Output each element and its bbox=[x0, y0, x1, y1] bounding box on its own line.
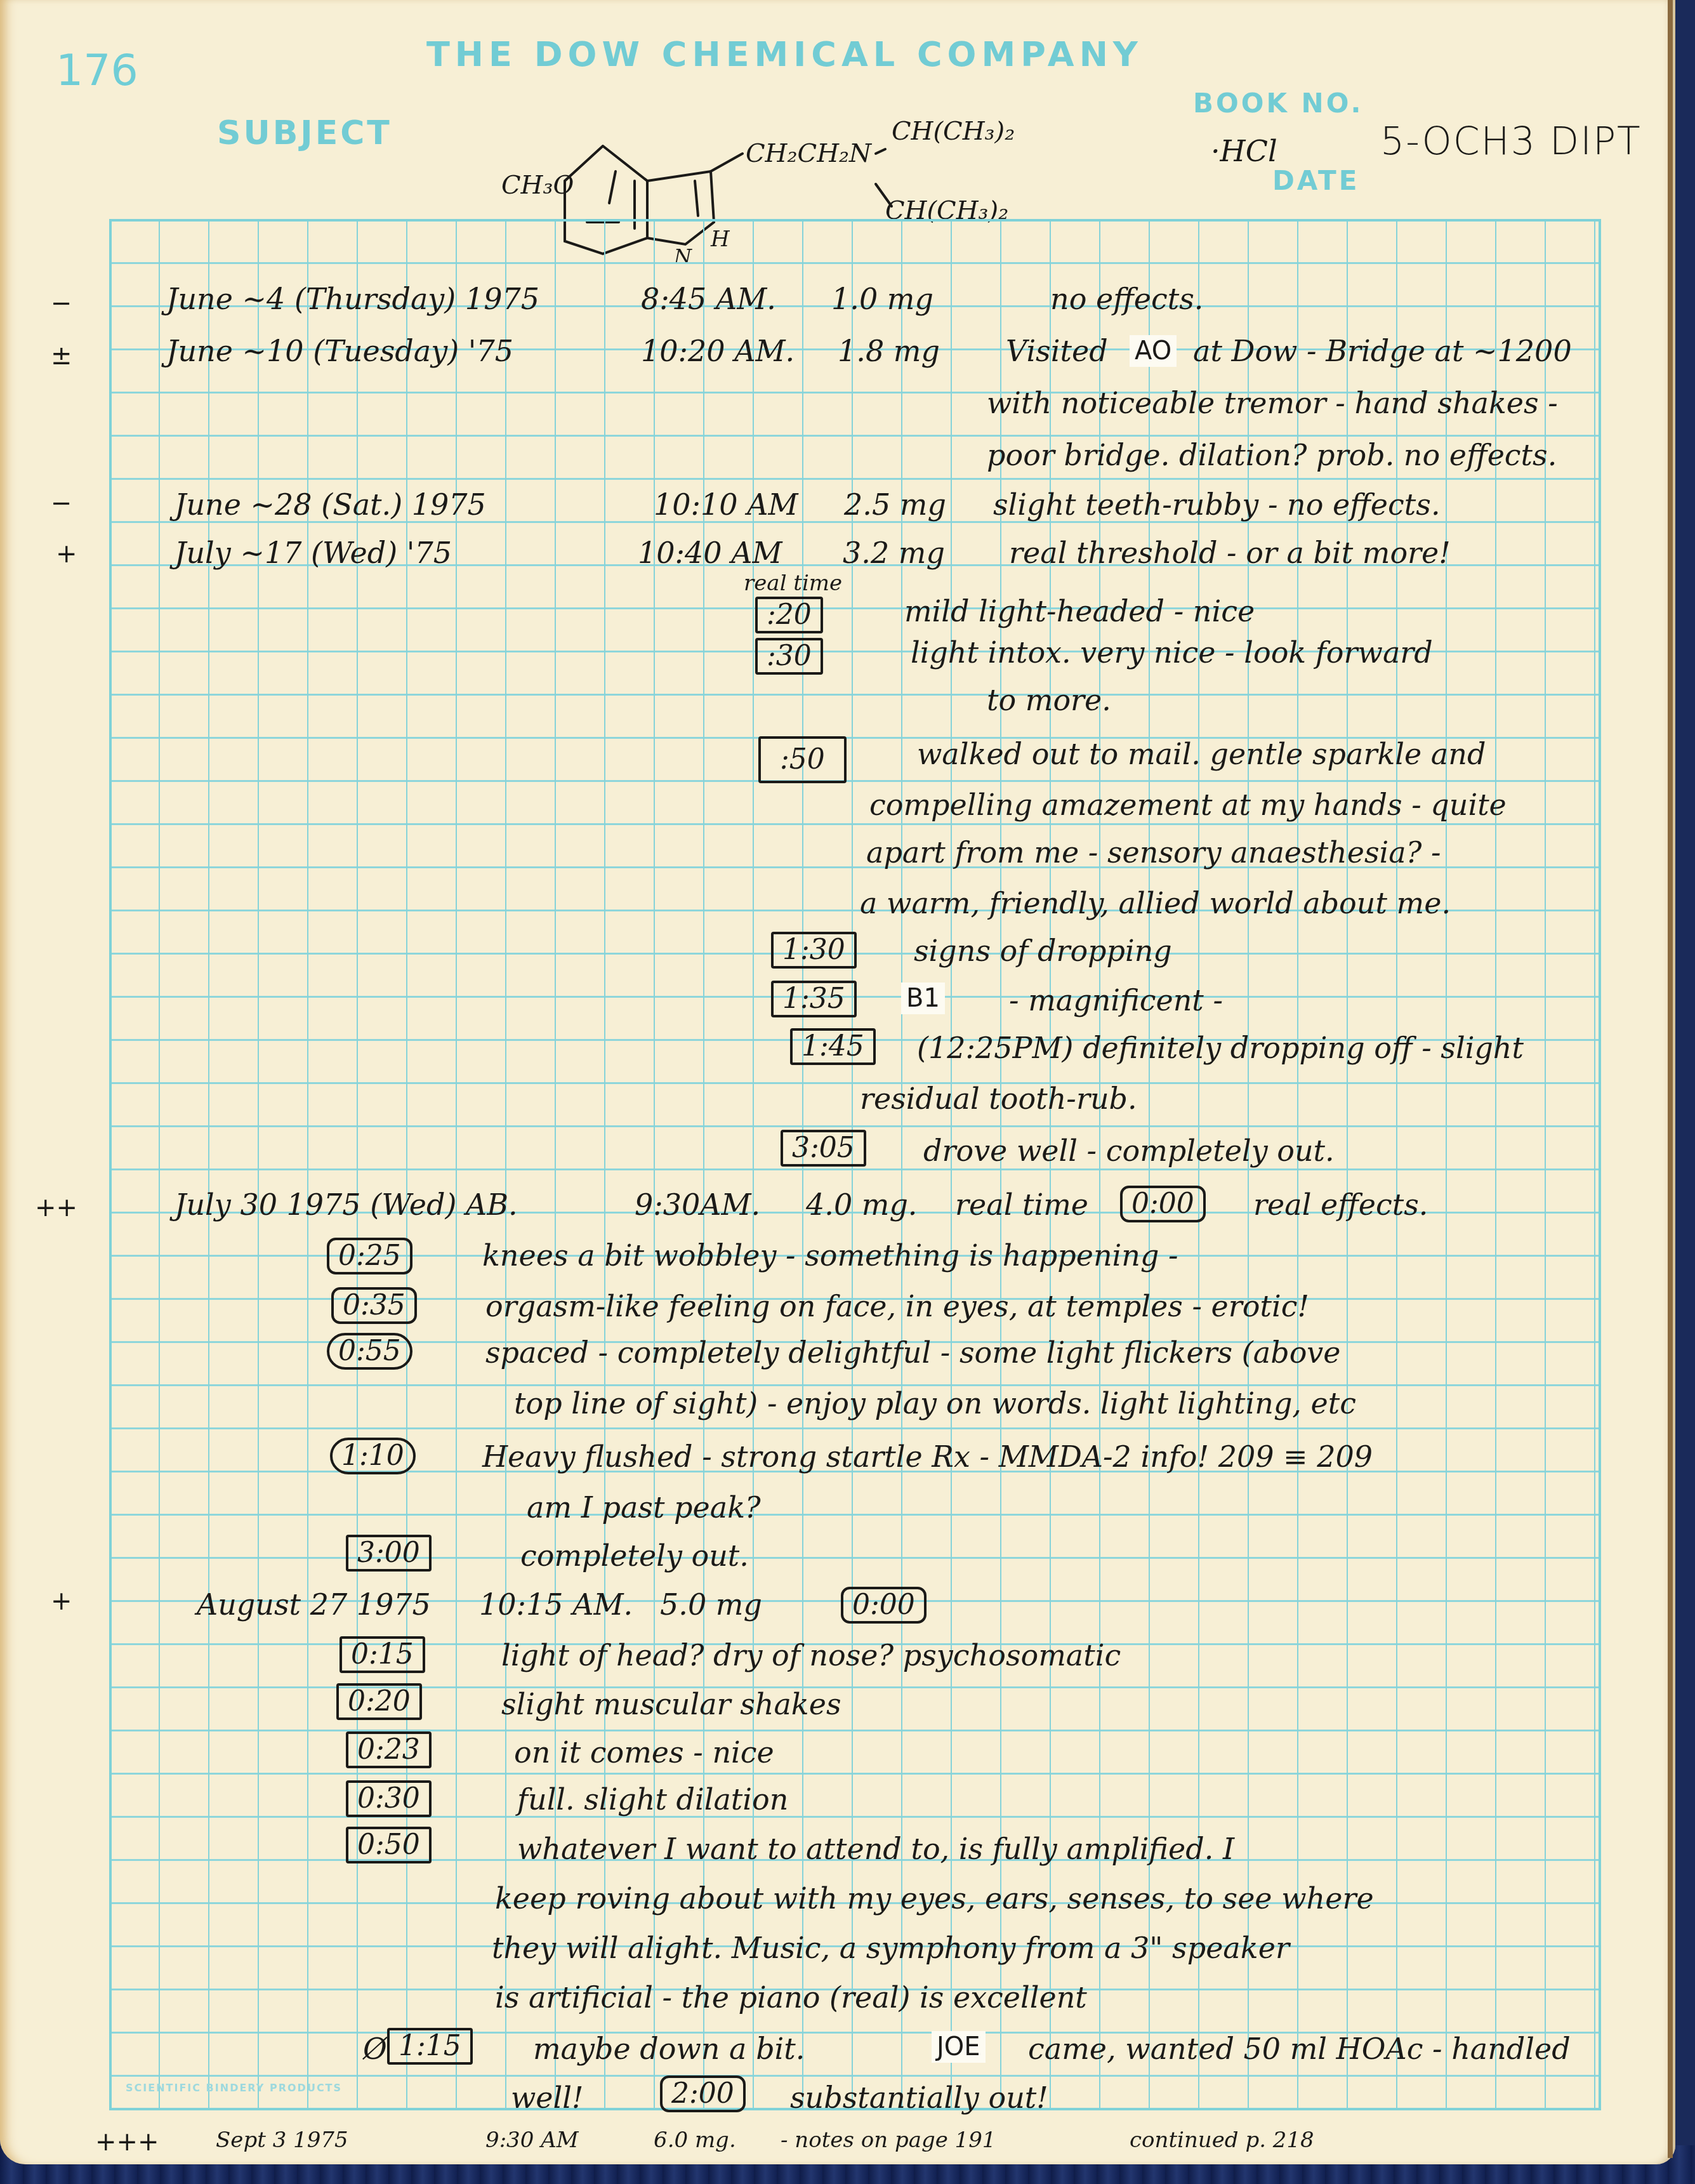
timestamp-box: 3:00 bbox=[346, 1535, 432, 1572]
rating-mark: − bbox=[51, 489, 72, 518]
binder-label: SCIENTIFIC BINDERY PRODUCTS bbox=[126, 2082, 342, 2094]
timestamp-box: :30 bbox=[755, 638, 823, 675]
hcl-salt: ·HCl bbox=[1211, 136, 1277, 166]
entry-date: June ~28 (Sat.) 1975 bbox=[175, 490, 486, 519]
page-number: 176 bbox=[56, 46, 138, 96]
redacted-name: JOE bbox=[932, 2031, 986, 2063]
timestamp-box: 0:55 bbox=[327, 1333, 412, 1370]
timestamp-box: 1:45 bbox=[790, 1028, 876, 1065]
event-note: - magnificent - bbox=[1009, 986, 1223, 1015]
timestamp-box: :20 bbox=[755, 597, 823, 633]
event-note: completely out. bbox=[520, 1541, 749, 1570]
notebook-page: 176 THE DOW CHEMICAL COMPANY SUBJECT BOO… bbox=[0, 0, 1675, 2164]
event-note: Heavy flushed - strong startle Rx - MMDA… bbox=[482, 1442, 1373, 1471]
event-note: on it comes - nice bbox=[514, 1738, 774, 1767]
entry-dose: 2.5 mg bbox=[844, 490, 946, 519]
entry-date: July 30 1975 (Wed) AB. bbox=[175, 1190, 518, 1219]
timestamp-box: 0:35 bbox=[331, 1287, 417, 1324]
event-note: slight muscular shakes bbox=[501, 1690, 841, 1719]
entry-note: real effects. bbox=[1253, 1190, 1428, 1219]
entry-date: June ~4 (Thursday) 1975 bbox=[166, 284, 539, 314]
timestamp-box: 1:35 bbox=[771, 981, 857, 1017]
timestamp-box: 1:15 bbox=[387, 2028, 473, 2065]
event-note: light of head? dry of nose? psychosomati… bbox=[501, 1641, 1121, 1670]
event-note-cont: well! bbox=[511, 2083, 584, 2112]
timestamp-box: 1:30 bbox=[771, 932, 857, 969]
entry-dose: 1.0 mg bbox=[831, 284, 933, 314]
compound-name: 5-OCH3 DIPT bbox=[1380, 119, 1642, 164]
entry-note: no effects. bbox=[1050, 284, 1203, 314]
entry-dose: 4.0 mg. bbox=[806, 1190, 917, 1219]
entry-dose: 6.0 mg. bbox=[654, 2129, 736, 2151]
entry-date: June ~10 (Tuesday) '75 bbox=[166, 336, 513, 366]
event-note: (12:25PM) definitely dropping off - slig… bbox=[917, 1033, 1524, 1062]
entry-note-line: with noticeable tremor - hand shakes - bbox=[987, 388, 1558, 418]
book-no-label: BOOK NO. bbox=[1193, 88, 1363, 119]
entry-note-line: poor bridge. dilation? prob. no effects. bbox=[987, 440, 1557, 470]
isopropyl-top: CH(CH₃)₂ bbox=[892, 121, 1015, 146]
date-label: DATE bbox=[1272, 165, 1359, 196]
timestamp-box: 0:23 bbox=[346, 1731, 432, 1768]
event-note-cont: apart from me - sensory anaesthesia? - bbox=[866, 838, 1441, 867]
event-note: signs of dropping bbox=[914, 936, 1172, 965]
continued-note: continued p. 218 bbox=[1130, 2129, 1314, 2151]
entry-time: 10:40 AM bbox=[638, 538, 782, 567]
event-note: drove well - completely out. bbox=[923, 1136, 1335, 1165]
event-note: light intox. very nice - look forward bbox=[911, 638, 1433, 667]
event-note-cont: compelling amazement at my hands - quite bbox=[869, 790, 1507, 819]
entry-dose: 1.8 mg bbox=[838, 336, 940, 366]
event-note-cont: a warm, friendly, allied world about me. bbox=[860, 889, 1451, 918]
event-note: knees a bit wobbley - something is happe… bbox=[482, 1241, 1178, 1270]
timestamp-box: 0:20 bbox=[336, 1683, 422, 1720]
entry-dose: 5.0 mg bbox=[660, 1590, 762, 1619]
real-time-label: real time bbox=[955, 1190, 1088, 1219]
event-note: mild light-headed - nice bbox=[904, 597, 1255, 626]
timestamp-box: 0:00 bbox=[1120, 1186, 1206, 1222]
redacted-initials: AO bbox=[1130, 335, 1177, 367]
entry-time: 10:15 AM. bbox=[479, 1590, 633, 1619]
timestamp-box: 0:15 bbox=[340, 1636, 425, 1673]
rating-mark: ++ bbox=[35, 1193, 77, 1222]
event-note: orgasm-like feeling on face, in eyes, at… bbox=[485, 1292, 1309, 1321]
entry-time: 10:20 AM. bbox=[641, 336, 795, 366]
entry-time: 9:30AM. bbox=[635, 1190, 760, 1219]
entry-time: 9:30 AM bbox=[485, 2129, 579, 2151]
entry-time: 8:45 AM. bbox=[641, 284, 776, 314]
entry-note: real threshold - or a bit more! bbox=[1009, 538, 1451, 567]
entry-dose: 3.2 mg bbox=[843, 538, 945, 567]
entry-note: Visited bbox=[1006, 336, 1108, 366]
event-note: whatever I want to attend to, is fully a… bbox=[517, 1834, 1234, 1863]
entry-date: Sept 3 1975 bbox=[216, 2129, 348, 2151]
event-note-cont: came, wanted 50 ml HOAc - handled bbox=[1028, 2034, 1571, 2063]
rating-mark: + bbox=[56, 539, 77, 569]
entry-note-cont: at Dow - Bridge at ~1200 bbox=[1193, 336, 1572, 366]
entry-time: 10:10 AM bbox=[654, 490, 798, 519]
event-note-cont: they will alight. Music, a symphony from… bbox=[492, 1933, 1289, 1962]
timestamp-box: 0:25 bbox=[327, 1238, 412, 1274]
event-note-cont: top line of sight) - enjoy play on words… bbox=[514, 1389, 1356, 1418]
timestamp-box: 2:00 bbox=[660, 2075, 746, 2112]
company-title: THE DOW CHEMICAL COMPANY bbox=[426, 34, 1143, 74]
real-time-label: real time bbox=[744, 572, 842, 594]
event-prefix: Ø bbox=[363, 2034, 387, 2063]
event-note: full. slight dilation bbox=[517, 1785, 788, 1814]
rating-mark: +++ bbox=[95, 2128, 159, 2157]
page-edge bbox=[1668, 0, 1673, 2158]
rating-mark: ± bbox=[51, 341, 72, 371]
timestamp-box: 0:00 bbox=[841, 1587, 927, 1624]
rating-mark: − bbox=[51, 289, 72, 318]
event-note-cont: to more. bbox=[987, 685, 1111, 715]
side-chain: CH₂CH₂N bbox=[746, 139, 873, 168]
redacted-initials: B1 bbox=[901, 983, 945, 1014]
event-note: walked out to mail. gentle sparkle and bbox=[917, 739, 1486, 769]
timestamp-box: :50 bbox=[758, 736, 847, 783]
methoxy-group: CH₃O bbox=[501, 171, 574, 200]
timestamp-box: 3:05 bbox=[781, 1130, 866, 1167]
event-note-cont: is artificial - the piano (real) is exce… bbox=[495, 1983, 1087, 2012]
entry-date: July ~17 (Wed) '75 bbox=[175, 538, 452, 567]
rating-mark: + bbox=[51, 1587, 72, 1616]
event-note: maybe down a bit. bbox=[533, 2034, 805, 2063]
event-note-cont: keep roving about with my eyes, ears, se… bbox=[495, 1884, 1374, 1913]
entry-note: slight teeth-rubby - no effects. bbox=[993, 490, 1441, 519]
timestamp-box: 1:10 bbox=[330, 1438, 416, 1474]
timestamp-box: 0:30 bbox=[346, 1780, 432, 1817]
event-note: spaced - completely delightful - some li… bbox=[485, 1338, 1341, 1367]
entry-date: August 27 1975 bbox=[197, 1590, 431, 1619]
timestamp-box: 0:50 bbox=[346, 1827, 432, 1863]
event-note-cont: substantially out! bbox=[790, 2083, 1048, 2112]
event-note-cont: am I past peak? bbox=[527, 1493, 761, 1522]
event-note-cont: residual tooth-rub. bbox=[860, 1084, 1137, 1113]
subject-label: SUBJECT bbox=[217, 114, 392, 152]
entry-note: - notes on page 191 bbox=[781, 2129, 996, 2151]
